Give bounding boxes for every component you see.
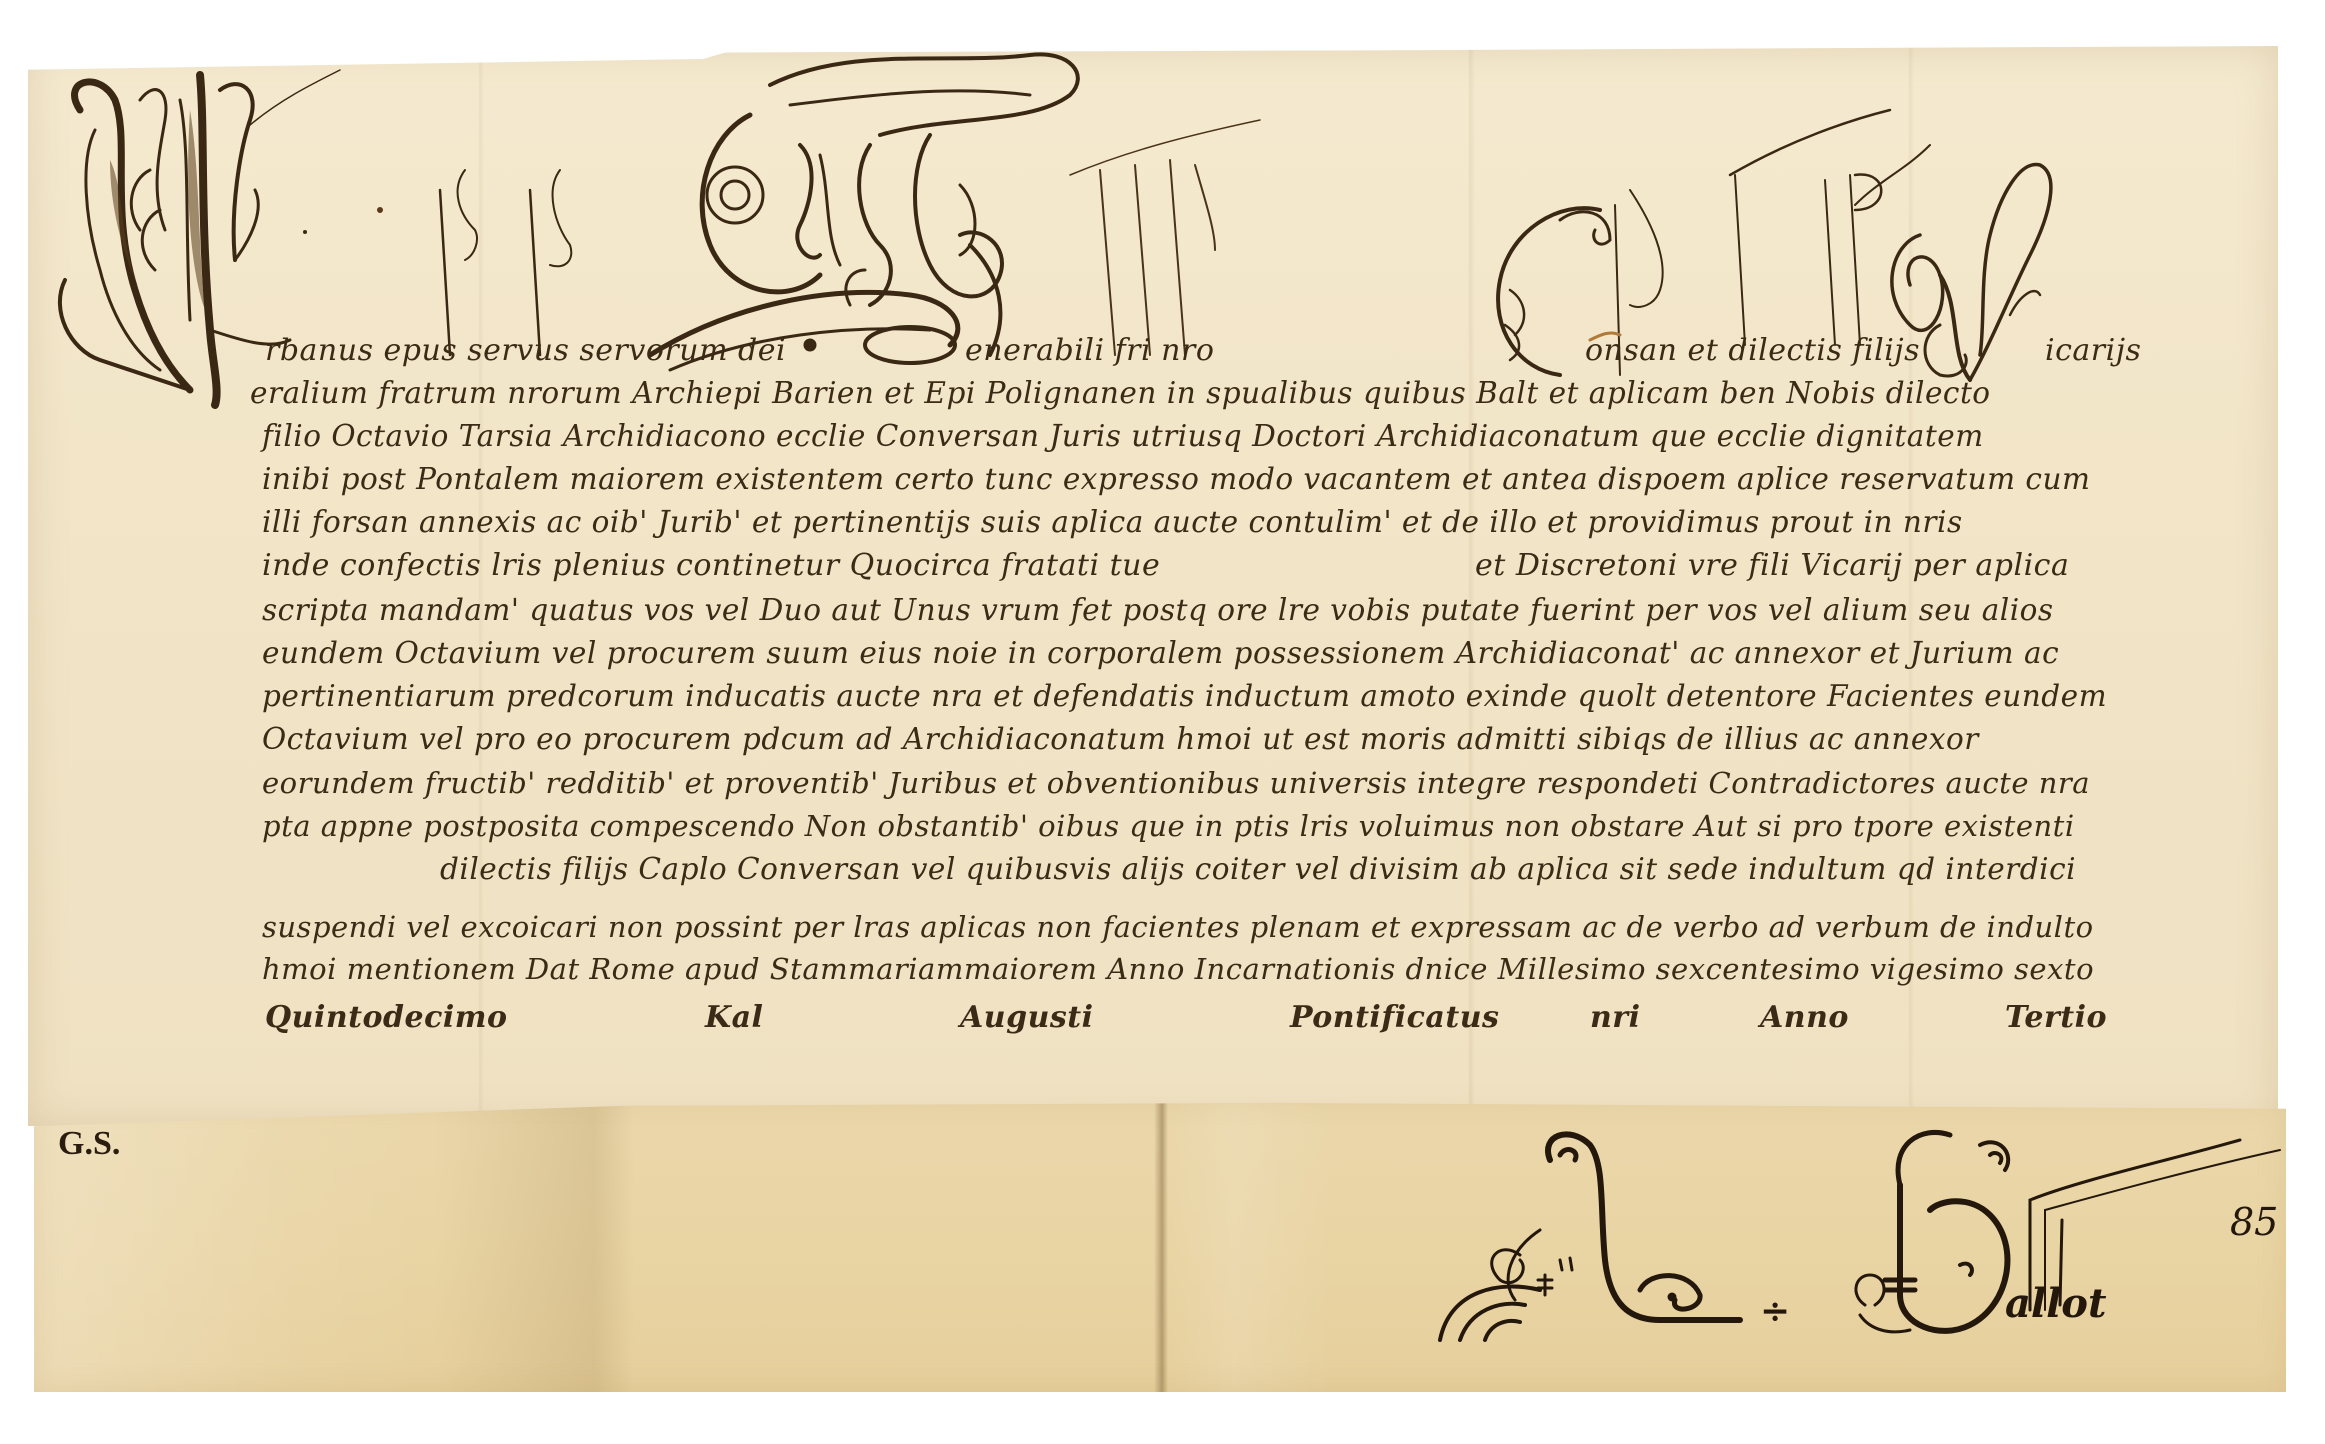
dating-word: Pontificatus: [1290, 1000, 1499, 1035]
text-line: dilectis filijs Caplo Conversan vel quib…: [440, 852, 2076, 886]
dating-word: Anno: [1760, 1000, 1849, 1035]
text-line: eorundem fructib' redditib' et proventib…: [262, 766, 2090, 800]
signature-separator: ÷: [1760, 1290, 1790, 1332]
text-line: et Discretoni vre fili Vicarij per aplic…: [1475, 548, 2069, 583]
text-line: illi forsan annexis ac oib' Jurib' et pe…: [262, 505, 1963, 539]
text-line: onsan et dilectis filijs: [1585, 333, 1920, 368]
dating-word: nri: [1590, 1000, 1641, 1035]
dating-word: Augusti: [960, 1000, 1094, 1035]
text-line: rbanus epus servus servorum dei: [265, 333, 786, 368]
text-line: Octavium vel pro eo procurem pdcum ad Ar…: [262, 722, 1979, 756]
dating-word: Tertio: [2005, 1000, 2107, 1035]
text-line: filio Octavio Tarsia Archidiacono ecclie…: [262, 419, 1984, 453]
archive-mark-label: G.S.: [58, 1125, 120, 1163]
text-line: icarijs: [2045, 333, 2141, 368]
signature-mark: 85: [2230, 1200, 2278, 1244]
text-line: suspendi vel excoicari non possint per l…: [262, 910, 2094, 944]
signature-initial-a-icon: [1440, 1130, 1780, 1350]
text-line: scripta mandam' quatus vos vel Duo aut U…: [262, 593, 2054, 627]
text-line: eundem Octavium vel procurem suum eius n…: [262, 636, 2059, 670]
text-line: pta appne postposita compescendo Non obs…: [262, 809, 2075, 843]
text-line: pertinentiarum predcorum inducatis aucte…: [262, 679, 2107, 713]
signature-flourish-strokes-icon: 85: [2020, 1140, 2290, 1320]
dating-word: Quintodecimo: [265, 1000, 508, 1035]
ornamental-ascender-strokes-icon: [300, 170, 660, 360]
text-line: inde confectis lris plenius continetur Q…: [262, 548, 1160, 583]
text-line: enerabili fri nro: [965, 333, 1214, 368]
dating-word: Kal: [705, 1000, 763, 1035]
text-line: hmoi mentionem Dat Rome apud Stammariamm…: [262, 952, 2094, 986]
text-line: inibi post Pontalem maiorem existentem c…: [262, 462, 2090, 496]
ornamental-ascender-strokes-icon: [1070, 120, 1260, 360]
text-line: eralium fratrum nrorum Archiepi Barien e…: [250, 376, 1991, 410]
